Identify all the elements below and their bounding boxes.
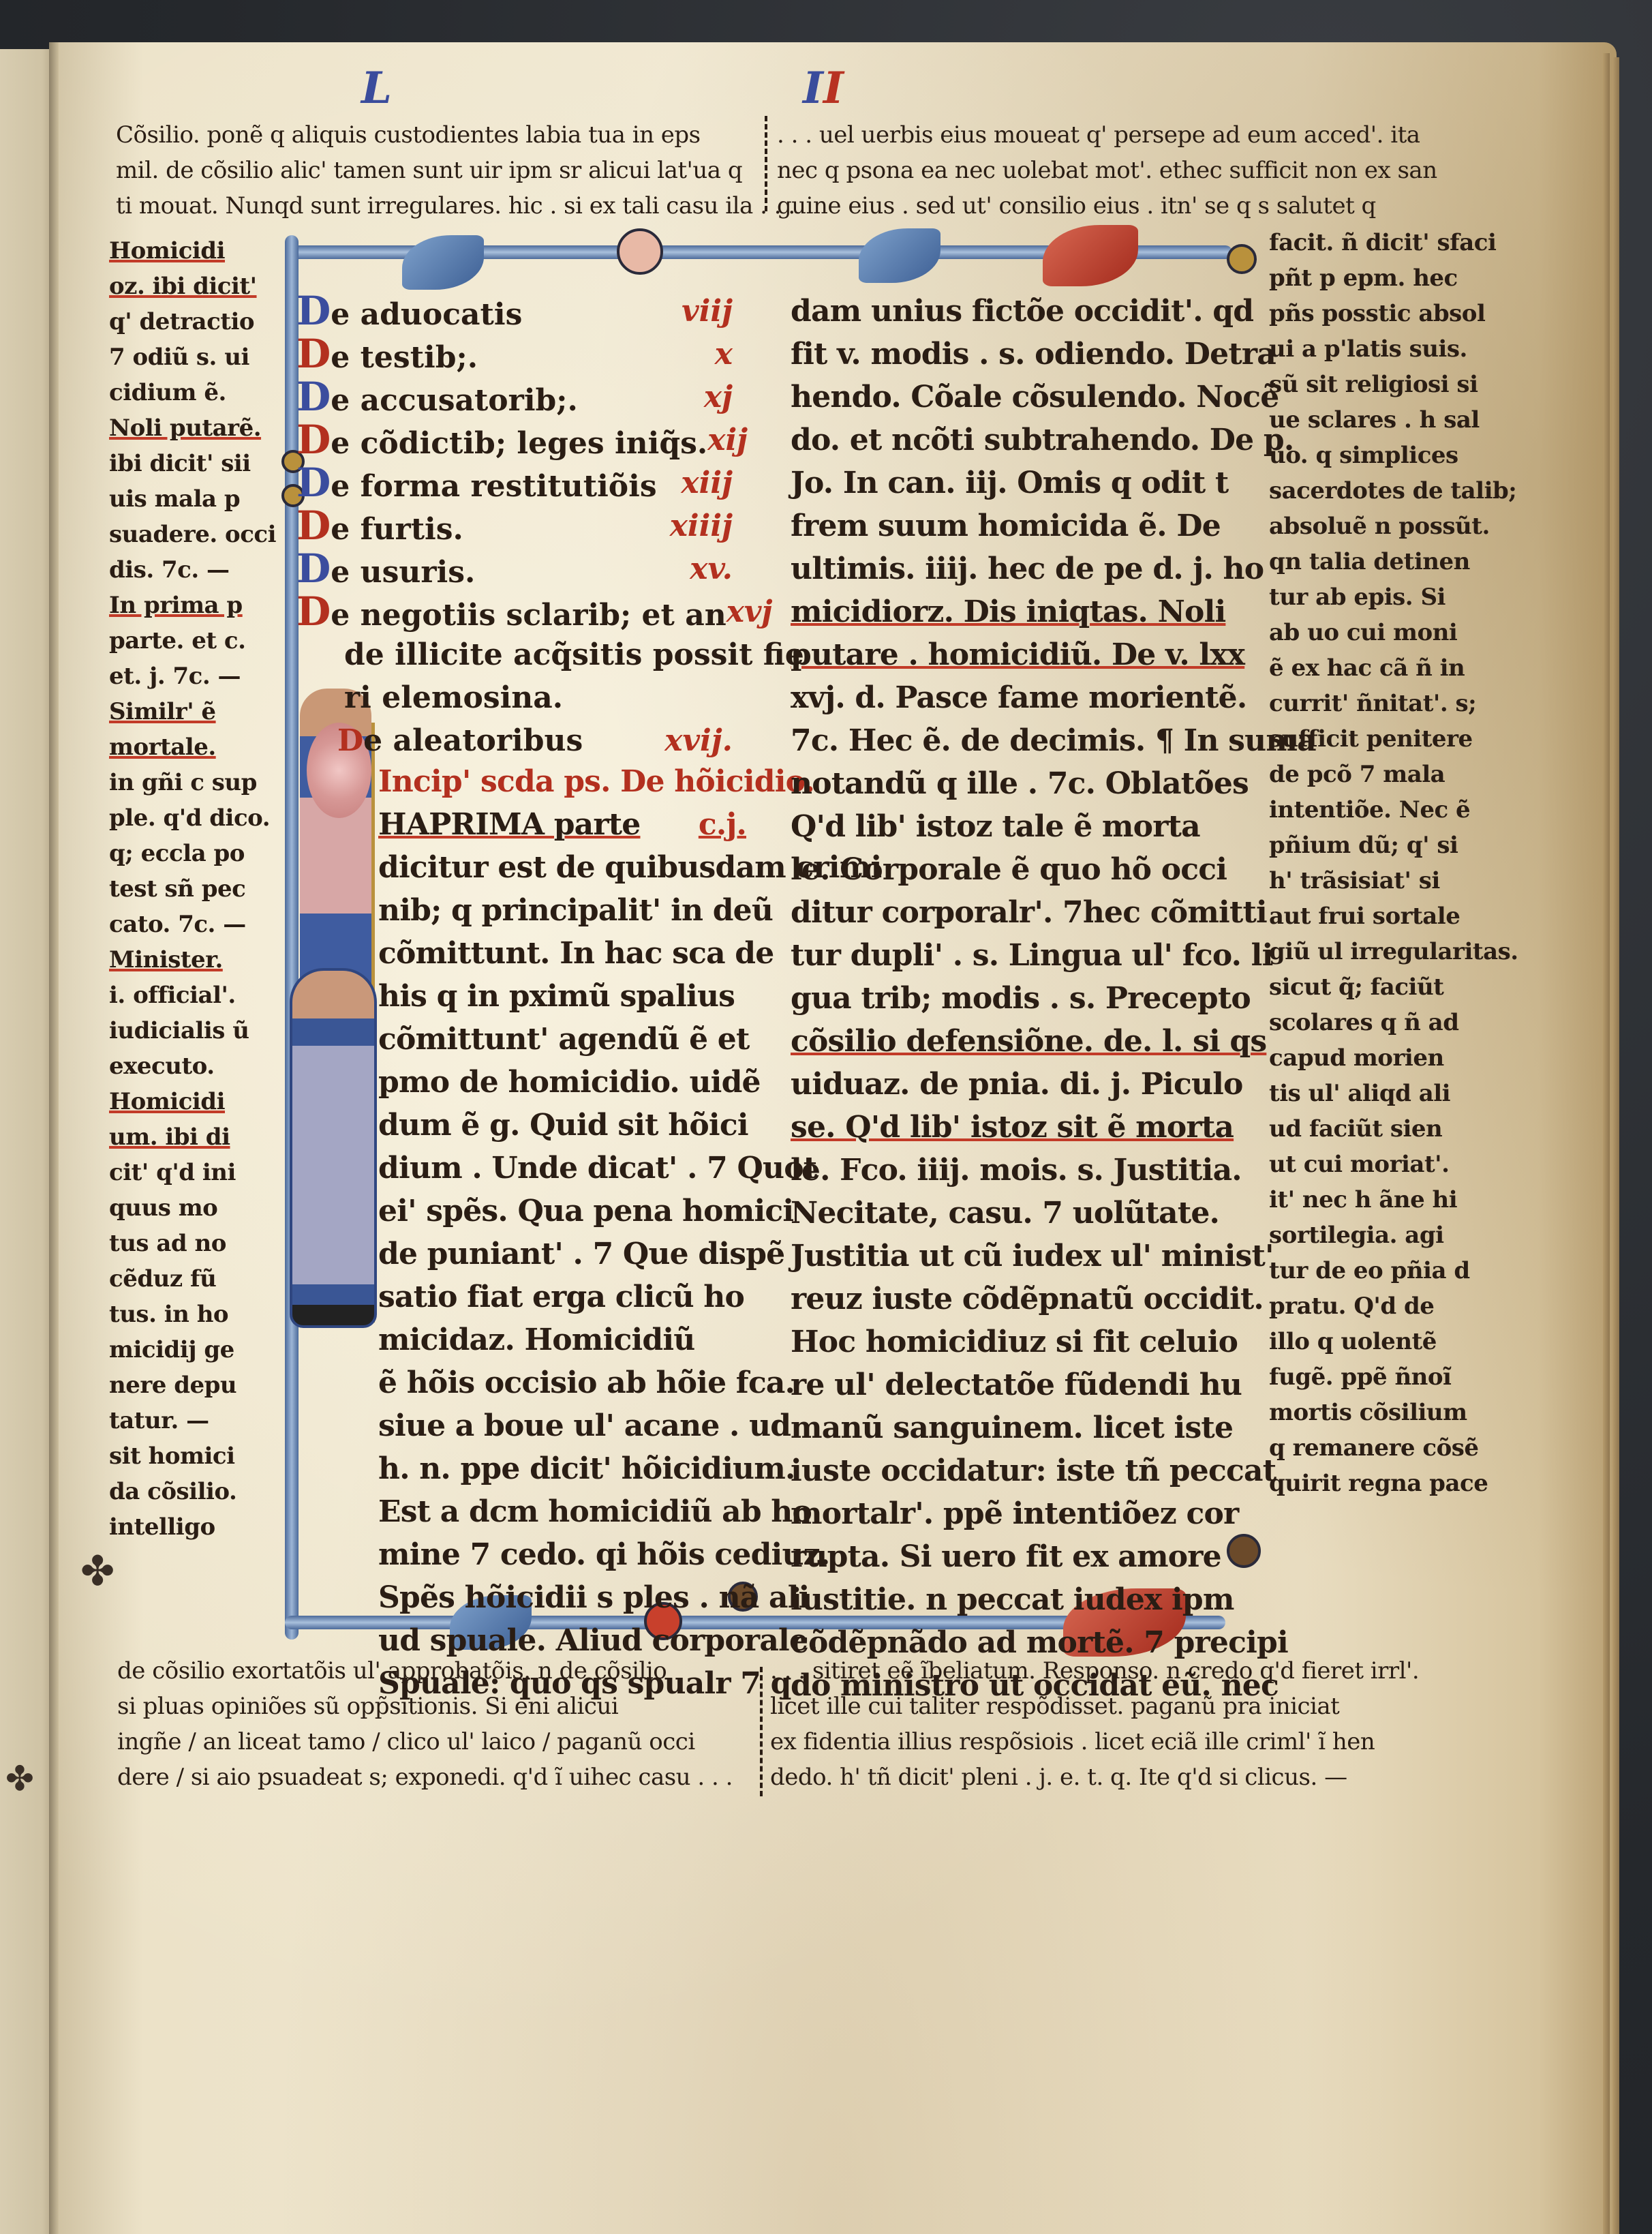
gloss-line: tur de eo pñia d [1269, 1253, 1473, 1288]
gloss-line: um. ibi di [109, 1119, 273, 1155]
gloss-line: i. official'. [109, 978, 273, 1013]
chapter-list-item: De forma restitutiõisxiij [296, 462, 733, 504]
top-gloss-right: . . . uel uerbis eius moueat q' persepe … [777, 117, 1458, 224]
text-line: cõmittunt' agendũ ẽ et [378, 1018, 746, 1061]
gloss-line: quirit regna pace [1269, 1466, 1473, 1501]
chapter-number: viij [682, 290, 733, 333]
chapter-list-item: De aduocatisviij [296, 290, 733, 333]
gloss-line: et. j. 7c. — [109, 659, 273, 694]
gloss-line: giũ ul irregularitas. [1269, 934, 1473, 969]
blue-initial: D [296, 459, 331, 506]
gloss-lemma: Homicidi [109, 1084, 273, 1119]
quatrefoil-reference-mark-icon: ✤ [80, 1548, 114, 1595]
chapter-title: e cõdictib; leges iniq̃s. [331, 426, 707, 461]
chapter-title: e furtis. [331, 512, 463, 547]
gloss-line: nec q psona ea nec uolebat mot'. ethec s… [777, 153, 1458, 188]
gloss-line: tus ad no [109, 1226, 273, 1261]
gloss-line-red-capital: pratu. Q'd de [1269, 1288, 1473, 1324]
gloss-lemma: Similr' ẽ [109, 694, 273, 729]
text-line-underlined: micidiorz. Dis iniqtas. Noli [791, 590, 1213, 633]
gloss-line: h' trãsisiat' si [1269, 863, 1473, 899]
gloss-line: cẽduz fũ [109, 1261, 273, 1297]
chapter-title: e usuris. [331, 555, 475, 590]
text-line: ultimis. iiij. hec de pe d. j. ho [791, 547, 1213, 590]
chapter-number: xvij. [664, 719, 733, 762]
chapter-title: de illicite acq̃sitis possit fie [344, 633, 804, 676]
chapter-title: e forma restitutiõis [331, 469, 656, 504]
gloss-line: intentiõe. Nec ẽ [1269, 792, 1473, 828]
bottom-gloss-left: de cõsilio exortatõis ul' approbatõis. n… [117, 1653, 751, 1795]
gloss-lemma: In prima p [109, 588, 273, 623]
text-line: manũ sanguinem. licet iste [791, 1406, 1213, 1449]
text-line: re ul' delectatõe fũdendi hu [791, 1363, 1213, 1406]
text-line: gua trib; modis . s. Precepto [791, 977, 1213, 1020]
gloss-line: nere depu [109, 1368, 273, 1403]
chapter-number: xij [707, 419, 748, 462]
gloss-line: cidium ẽ. [109, 375, 273, 410]
gloss-line: micidij ge [109, 1332, 273, 1368]
chapter-list: De aduocatisviij De testib;.x De accusat… [296, 290, 733, 762]
text-line: uiduaz. de pnia. di. j. Piculo [791, 1063, 1213, 1106]
gold-boss-ornament [1227, 244, 1257, 274]
gloss-line: guine eius . sed ut' consilio eius . itn… [777, 188, 1458, 224]
blue-initial: D [296, 545, 331, 592]
gloss-line: mil. de cõsilio alic' tamen sunt uir ipm… [116, 153, 743, 188]
gloss-line: aut frui sortale [1269, 899, 1473, 934]
chapter-list-item: De furtis.xiiij [296, 504, 733, 547]
gloss-line: de pcõ 7 mala [1269, 757, 1473, 792]
gloss-line: q remanere cõsẽ [1269, 1430, 1473, 1466]
running-heading-blue-letter: I [803, 63, 823, 114]
page-gutter [49, 42, 59, 2234]
gloss-line: Cõsilio. ponẽ q aliquis custodientes lab… [116, 117, 743, 153]
text-line: Q'd lib' istoz tale ẽ morta [791, 805, 1213, 848]
chapter-list-item: De cõdictib; leges iniq̃s.xij [296, 419, 733, 462]
gloss-line: capud morien [1269, 1040, 1473, 1076]
text-line-underlined: se. Q'd lib' istoz sit ẽ morta [791, 1106, 1213, 1149]
gloss-line: . . . uel uerbis eius moueat q' persepe … [777, 117, 1458, 153]
chapter-list-item: De negotiis sclarib; et anxvj [296, 590, 733, 633]
gloss-line: uo. q simplices [1269, 438, 1473, 473]
gloss-line: pñium dũ; q' si [1269, 828, 1473, 863]
gloss-line: tis ul' aliqd ali [1269, 1076, 1473, 1111]
kneeling-figure-illustration [290, 968, 377, 1328]
text-line: dam unius fictõe occidit'. qd [791, 290, 1213, 333]
text-line: pmo de homicidio. uidẽ [378, 1061, 746, 1104]
gloss-line: uis mala p [109, 481, 273, 517]
chapter-title: e testib;. [331, 340, 478, 375]
text-line: notandũ q ille . 7c. Oblatões [791, 762, 1213, 805]
chapter-list-item: De accusatorib;.xj [296, 376, 733, 419]
gloss-line: sicut q̃; faciũt [1269, 969, 1473, 1005]
chapter-number: xj [704, 376, 733, 419]
gloss-line: licet ille cui taliter respõdisset. paga… [770, 1689, 1452, 1724]
gloss-line: executo. [109, 1048, 273, 1084]
gloss-line: iudicialis ũ [109, 1013, 273, 1048]
gloss-line: 7 odiũ s. ui [109, 339, 273, 375]
gloss-line: pñt p epm. hec [1269, 260, 1473, 296]
gloss-line: in gñi c sup [109, 765, 273, 800]
chapter-list-item: de illicite acq̃sitis possit fie [296, 633, 733, 676]
gloss-column-divider [760, 1667, 763, 1796]
text-line: hendo. Cõale cõsulendo. Nocẽ [791, 376, 1213, 419]
roundel-ornament [617, 228, 663, 275]
gloss-line: ud faciũt sien [1269, 1111, 1473, 1147]
chapter-list-item: ri elemosina. [296, 676, 733, 719]
chapter-list-item: De testib;.x [296, 333, 733, 376]
gloss-line: sit homici [109, 1438, 273, 1474]
gloss-line: it' nec h ãne hi [1269, 1182, 1473, 1218]
part-heading: HAPRIMA partec.j. [378, 803, 746, 846]
gloss-line: ti mouat. Nunqd sunt irregulares. hic . … [116, 188, 743, 224]
text-line: mine 7 cedo. qi hõis cediuz. [378, 1533, 746, 1576]
red-initial: D [296, 417, 331, 463]
text-line: tur dupli' . s. Lingua ul' fco. li [791, 934, 1213, 977]
part-heading-text: HAPRIMA parte [378, 803, 640, 846]
text-line-underlined: cõsilio defensiõne. de. l. si qs [791, 1020, 1213, 1063]
text-line: Jo. In can. iij. Omis q odit t [791, 462, 1213, 504]
gold-boss-ornament [1227, 1534, 1261, 1568]
chapter-list-item: De aleatoribusxvij. [296, 719, 733, 762]
red-initial: D [296, 331, 331, 377]
gloss-line: ple. q'd dico. [109, 800, 273, 836]
part-heading-ref: c.j. [699, 803, 746, 846]
text-line: frem suum homicida ẽ. De [791, 504, 1213, 547]
bottom-gloss-right: . . . sitiret eẽ ĩbeliatum. Responso. n … [770, 1653, 1452, 1795]
gloss-line: scolares q ñ ad [1269, 1005, 1473, 1040]
text-line: mortalr'. ppẽ intentiõez cor [791, 1492, 1213, 1535]
gloss-line: ab uo cui moni [1269, 615, 1473, 650]
top-gloss-left: Cõsilio. ponẽ q aliquis custodientes lab… [116, 117, 743, 224]
text-line: do. et ncõti subtrahendo. De p. [791, 419, 1213, 462]
chapter-title: ri elemosina. [344, 676, 563, 719]
text-line: ei' spẽs. Qua pena homici [378, 1190, 746, 1233]
gloss-line: illo q uolentẽ [1269, 1324, 1473, 1359]
gloss-line: cato. 7c. — [109, 907, 273, 942]
gloss-line: tus. in ho [109, 1297, 273, 1332]
main-text-column-left: Incip' scda ps. De hõicidio. HAPRIMA par… [378, 760, 746, 1705]
blue-initial: D [296, 374, 331, 420]
text-line-blue-capital: le. Corporale ẽ quo hõ occi [791, 848, 1213, 891]
gloss-line: dis. 7c. — [109, 552, 273, 588]
gloss-line: absoluẽ n possũt. [1269, 509, 1473, 544]
gloss-line: qn talia detinen [1269, 544, 1473, 579]
text-line: satio fiat erga clicũ ho [378, 1276, 746, 1318]
text-line-underlined: putare . homicidiũ. De v. lxx [791, 633, 1213, 676]
chapter-number: xiij [681, 462, 733, 504]
page-edge-layer [1612, 57, 1619, 2234]
running-heading-right: II [803, 63, 844, 114]
gloss-line: ibi dicit' sii [109, 446, 273, 481]
chapter-title: e aleatoribus [363, 723, 583, 758]
gloss-line: currit' ñnitat'. s; [1269, 686, 1473, 721]
gloss-lemma: Minister. [109, 942, 273, 978]
gloss-line: sacerdotes de talib; [1269, 473, 1473, 509]
gloss-line: mortis cõsilium [1269, 1395, 1473, 1430]
page-edge-layer [1603, 53, 1610, 2234]
gloss-line: dedo. h' tñ dicit' pleni . j. e. t. q. I… [770, 1760, 1452, 1795]
blue-initial: D [296, 288, 331, 334]
gloss-lemma: Homicidi [109, 233, 273, 269]
left-margin-gloss: Homicidi oz. ibi dicit' q' detractio 7 o… [109, 233, 273, 1545]
gloss-line: cit' q'd ini [109, 1155, 273, 1190]
text-line: Hoc homicidiuz si fit celuio [791, 1320, 1213, 1363]
text-line: ẽ hõis occisio ab hõie fca. [378, 1361, 746, 1404]
chapter-number: xv. [690, 547, 733, 590]
gloss-line: q' detractio [109, 304, 273, 339]
gloss-line: fugẽ. ppẽ ñnoĩ [1269, 1359, 1473, 1395]
gloss-line: sufficit penitere [1269, 721, 1473, 757]
running-heading-red-letter: I [823, 63, 844, 114]
gloss-column-divider [765, 116, 767, 211]
running-heading-left: L [361, 63, 392, 114]
gloss-line: sortilegia. agi [1269, 1218, 1473, 1253]
text-line: his q in pximũ spalius [378, 975, 746, 1018]
gloss-line: q; eccla po [109, 836, 273, 871]
chapter-title: e accusatorib;. [331, 383, 578, 418]
text-line: h. n. ppe dicit' hõicidium. [378, 1447, 746, 1490]
gloss-line: ue sclares . h sal [1269, 402, 1473, 438]
gloss-line: mortale. [109, 729, 273, 765]
text-line: dicitur est de quibusdam crimi [378, 846, 746, 889]
text-line-red-capital: Spẽs hõicidii s ples . nã ali [378, 1576, 746, 1619]
quatrefoil-reference-mark-icon: ✤ [5, 1759, 34, 1798]
text-line: ditur corporalr'. 7hec cõmitti [791, 891, 1213, 934]
text-line-blue-capital: Justitia ut cũ iudex ul' minist' [791, 1235, 1213, 1278]
gloss-line: facit. ñ dicit' sfaci [1269, 225, 1473, 260]
gloss-line: tatur. — [109, 1403, 273, 1438]
gloss-line: si pluas opiniões sũ opp̃sitionis. Si en… [117, 1689, 751, 1724]
chapter-number: xiiij [670, 504, 733, 547]
text-line: fit v. modis . s. odiendo. Detra [791, 333, 1213, 376]
chapter-list-item: De usuris.xv. [296, 547, 733, 590]
gloss-lemma: Noli putarẽ. [109, 410, 273, 446]
gloss-line: ut cui moriat'. [1269, 1147, 1473, 1182]
incipit-rubric: Incip' scda ps. De hõicidio. [378, 760, 746, 803]
text-line: rupta. Si uero fit ex amore [791, 1535, 1213, 1578]
gloss-line: oz. ibi dicit' [109, 269, 273, 304]
gloss-line: quus mo [109, 1190, 273, 1226]
text-line: Est a dcm homicidiũ ab ho [378, 1490, 746, 1533]
gloss-line: intelligo [109, 1509, 273, 1545]
text-line-red-capital: le. Fco. iiij. mois. s. Justitia. [791, 1149, 1213, 1192]
gloss-line: ingñe / an liceat tamo / clico ul' laico… [117, 1724, 751, 1760]
chapter-title: e aduocatis [331, 297, 522, 332]
gloss-line: ui a p'latis suis. [1269, 331, 1473, 367]
text-line: dium . Unde dicat' . 7 Quot [378, 1147, 746, 1190]
text-line: iustitie. n peccat iudex ipm [791, 1578, 1213, 1621]
gloss-line: sũ sit religiosi si [1269, 367, 1473, 402]
text-line: 7c. Hec ẽ. de decimis. ¶ In suma [791, 719, 1213, 762]
text-line: cõmittunt. In hac sca de [378, 932, 746, 975]
text-line: nib; q principalit' in deũ [378, 889, 746, 932]
gloss-line: tur ab epis. Si [1269, 579, 1473, 615]
red-initial: D [337, 723, 363, 758]
gloss-line: ẽ ex hac cã ñ in [1269, 650, 1473, 686]
chapter-title: e negotiis sclarib; et an [331, 598, 726, 633]
text-line: xvj. d. Pasce fame morientẽ. [791, 676, 1213, 719]
right-margin-gloss: facit. ñ dicit' sfaci pñt p epm. hec pñs… [1269, 225, 1473, 1501]
gloss-line: test sñ pec [109, 871, 273, 907]
gloss-line: suadere. occi [109, 517, 273, 552]
gloss-line: . . . sitiret eẽ ĩbeliatum. Responso. n … [770, 1653, 1452, 1689]
gloss-line: da cõsilio. [109, 1474, 273, 1509]
text-line: Necitate, casu. 7 uolũtate. [791, 1192, 1213, 1235]
text-line: reuz iuste cõdẽpnatũ occidit. [791, 1278, 1213, 1320]
gloss-line: pñs posstic absol [1269, 296, 1473, 331]
main-text-column-right: dam unius fictõe occidit'. qd fit v. mod… [791, 290, 1213, 1707]
text-line: iuste occidatur: iste tñ peccat [791, 1449, 1213, 1492]
gloss-line: parte. et c. [109, 623, 273, 659]
text-line-blue-capital: micidaz. Homicidiũ [378, 1318, 746, 1361]
gloss-line: dere / si aio psuadeat s; exponedi. q'd … [117, 1760, 751, 1795]
chapter-number: xvj [726, 590, 773, 633]
red-initial: D [296, 588, 331, 635]
gloss-line: ex fidentia illius respõsiois . licet ec… [770, 1724, 1452, 1760]
text-line: siue a boue ul' acane . ud [378, 1404, 746, 1447]
gloss-line: de cõsilio exortatõis ul' approbatõis. n… [117, 1653, 751, 1689]
red-initial: D [296, 502, 331, 549]
text-line: de puniant' . 7 Que dispẽ [378, 1233, 746, 1276]
chapter-number: x [715, 333, 733, 376]
text-line: dum ẽ g. Quid sit hõici [378, 1104, 746, 1147]
